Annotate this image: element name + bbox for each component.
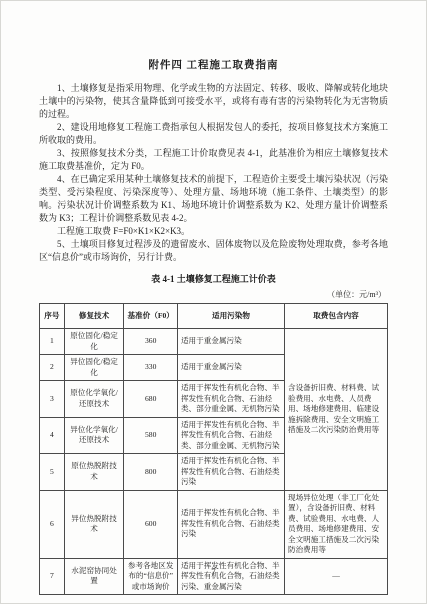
cell-price: 680	[124, 381, 178, 418]
cell-fee-merged: 含设备折旧费、材料费、试验费用、水电费、人员费用、场地修建费用、临建设施拆除费用…	[285, 329, 388, 491]
paragraph-5: 5、土壤项目修复过程涉及的遗留废水、固体废物以及危险废物处理取费，参考各地区“信…	[39, 238, 388, 264]
cell-pollutants: 适用于挥发性有机化合物、半挥发性有机化合物、石油烃类污染	[177, 454, 284, 491]
cell-tech: 原位热脱附技术	[64, 454, 124, 491]
cell-price: 800	[124, 454, 178, 491]
cell-tech: 异位化学氧化/还原技术	[64, 417, 124, 454]
paragraph-4: 4、在已确定采用某种土壤修复技术的前提下，工程造价主要受土壤污染状况（污染类型、…	[39, 173, 388, 225]
paragraph-1: 1、土壤修复是指采用物理、化学或生物的方法固定、转移、吸收、降解或转化地块土壤中…	[39, 82, 388, 121]
paragraph-3: 3、按照修复技术分类，工程施工计价取费见表 4-1，此基准价为相应土壤修复技术施…	[39, 147, 388, 173]
table-header-row: 序号 修复技术 基准价（F0） 适用污染物 取费包含内容	[40, 304, 388, 329]
cell-pollutants: 适用于挥发性有机化合物、半挥发性有机化合物、石油烃类、部分重金属、无机物污染	[177, 417, 284, 454]
header-fee: 取费包含内容	[285, 304, 388, 329]
header-no: 序号	[40, 304, 65, 329]
cell-pollutants: 适用于挥发性有机化合物、半挥发性有机化合物、石油烃类污染	[177, 490, 284, 558]
cell-pollutants: 适用于挥发性有机化合物、半挥发性有机化合物、石油烃类、部分重金属、无机物污染	[177, 381, 284, 418]
table-unit-note: （单位：元/m³）	[39, 289, 386, 300]
cell-tech: 异位热脱附技术	[64, 490, 124, 558]
cell-no: 3	[40, 381, 65, 418]
cell-price: 600	[124, 490, 178, 558]
document-page: 附件四 工程施工取费指南 1、土壤修复是指采用物理、化学或生物的方法固定、转移、…	[0, 0, 427, 604]
cell-no: 1	[40, 329, 65, 355]
header-price: 基准价（F0）	[124, 304, 178, 329]
cell-price: 360	[124, 329, 178, 355]
table-row: 6 异位热脱附技术 600 适用于挥发性有机化合物、半挥发性有机化合物、石油烃类…	[40, 490, 388, 558]
table-row: 1 原位固化/稳定化 360 适用于重金属污染 含设备折旧费、材料费、试验费用、…	[40, 329, 388, 355]
cell-price: 330	[124, 355, 178, 381]
cell-pollutants: 适用于重金属污染	[177, 355, 284, 381]
cell-no: 4	[40, 417, 65, 454]
cell-pollutants: 适用于重金属污染	[177, 329, 284, 355]
cell-price: 580	[124, 417, 178, 454]
cell-tech: 原位固化/稳定化	[64, 329, 124, 355]
page-title: 附件四 工程施工取费指南	[39, 57, 388, 72]
cell-tech: 原位化学氧化/还原技术	[64, 381, 124, 418]
cell-no: 2	[40, 355, 65, 381]
cell-no: 5	[40, 454, 65, 491]
fee-formula: 工程施工取费 F=F0×K1×K2×K3。	[39, 225, 388, 238]
header-tech: 修复技术	[64, 304, 124, 329]
page-number: 7	[1, 567, 426, 577]
cell-fee: 现场异位处理（非工厂化处置），含设备折旧费、材料费、试验费用、水电费、人员费用、…	[285, 490, 388, 558]
header-pollutants: 适用污染物	[177, 304, 284, 329]
cell-no: 6	[40, 490, 65, 558]
soil-remediation-price-table: 序号 修复技术 基准价（F0） 适用污染物 取费包含内容 1 原位固化/稳定化 …	[39, 303, 388, 595]
paragraph-2: 2、建设用地修复工程施工费指承包人根据发包人的委托，按项目修复技术方案施工所收取…	[39, 121, 388, 147]
cell-tech: 异位固化/稳定化	[64, 355, 124, 381]
table-caption: 表 4-1 土壤修复工程施工计价表	[39, 272, 388, 285]
